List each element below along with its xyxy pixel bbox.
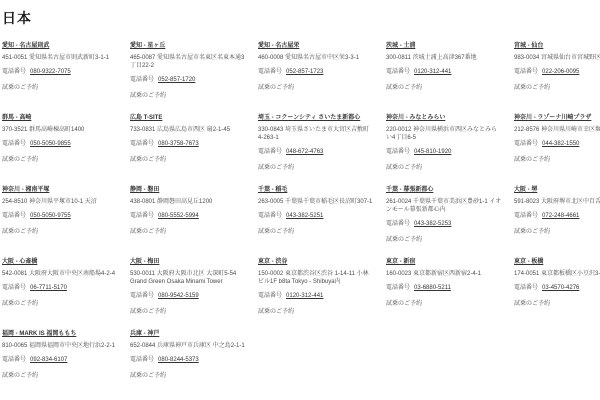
phone-label: 電話番号 [514, 69, 538, 75]
store-phone-row: 電話番号080-8244-5373 [130, 356, 246, 364]
phone-label: 電話番号 [386, 149, 410, 155]
store-name-link[interactable]: 神奈川 - みなとみらい [386, 114, 445, 122]
store-address: 330-0843 埼玉県さいたま市大宮区吉敷町4-263-1 [258, 126, 374, 142]
store-name-link[interactable]: 広島 T-SITE [130, 114, 162, 122]
store-card: 愛知 - 星ヶ丘 465-0087 愛知県名古屋市名東区名東本通3丁目22-2 … [130, 42, 246, 102]
phone-label: 電話番号 [258, 213, 282, 219]
store-address: 530-0011 大阪府大阪市北区 大深町5-54 Grand Green Os… [130, 270, 246, 286]
phone-label: 電話番号 [514, 213, 538, 219]
store-name-link[interactable]: 神奈川 - 湘南平塚 [2, 186, 49, 194]
store-phone-row: 電話番号043-382-5253 [386, 220, 502, 228]
store-phone-row: 電話番号0120-312-441 [386, 68, 502, 76]
store-name-link[interactable]: 神奈川 - ラゾーナ川崎プラザ [514, 114, 591, 122]
store-card: 東京 - 板橋 174-0051 東京都板橋区小豆沢3-1 電話番号03-457… [514, 258, 600, 318]
store-card: 愛知 - 名古屋則武 451-0051 愛知県名古屋市則武新町3-1-1 電話番… [2, 42, 118, 102]
store-card: 広島 T-SITE 733-0831 広島県広島市西区 扇2-1-45 電話番号… [130, 114, 246, 174]
store-name-link[interactable]: 大阪 - 心斎橋 [2, 258, 37, 266]
phone-link[interactable]: 080-3758-7673 [158, 141, 199, 147]
test-ride-reserve-link[interactable]: 試乗のご予約 [2, 373, 38, 379]
phone-label: 電話番号 [2, 141, 26, 147]
store-phone-row: 電話番号080-5552-5994 [130, 212, 246, 220]
store-name-link[interactable]: 愛知 - 名古屋則武 [2, 42, 49, 50]
test-ride-reserve-link[interactable]: 試乗のご予約 [386, 301, 422, 307]
test-ride-reserve-link[interactable]: 試乗のご予約 [130, 93, 166, 99]
phone-link[interactable]: 072-248-4661 [542, 213, 579, 219]
store-phone-row: 電話番号080-3758-7673 [130, 140, 246, 148]
test-ride-reserve-link[interactable]: 試乗のご予約 [2, 301, 38, 307]
test-ride-reserve-link[interactable]: 試乗のご予約 [130, 157, 166, 163]
phone-link[interactable]: 06-7711-5170 [30, 285, 67, 291]
store-card: 千葉 - 稲毛 263-0005 千葉県千葉市稲毛区長沼町307-1 電話番号0… [258, 186, 374, 246]
store-name-link[interactable]: 千葉 - 稲毛 [258, 186, 287, 194]
store-address: 542-0081 大阪府大阪市中央区南船場4-2-4 [2, 270, 118, 278]
store-card: 東京 - 新宿 160-0023 東京都新宿区西新宿2-4-1 電話番号03-6… [386, 258, 502, 318]
store-address: 591-8023 大阪府堺市北区中百舌鳥町323-1 [514, 198, 600, 206]
store-card: 群馬 - 高崎 370-3521 群馬高崎棟高町1400 電話番号050-505… [2, 114, 118, 174]
test-ride-reserve-link[interactable]: 試乗のご予約 [258, 85, 294, 91]
phone-label: 電話番号 [130, 77, 154, 83]
test-ride-reserve-link[interactable]: 試乗のご予約 [514, 85, 550, 91]
test-ride-reserve-link[interactable]: 試乗のご予約 [130, 373, 166, 379]
store-address: 160-0023 東京都新宿区西新宿2-4-1 [386, 270, 502, 278]
test-ride-reserve-link[interactable]: 試乗のご予約 [514, 229, 550, 235]
store-address: 212-8576 神奈川県川崎市幸区堀川町72-1 [514, 126, 600, 134]
store-name-link[interactable]: 宮城 - 仙台 [514, 42, 543, 50]
phone-label: 電話番号 [514, 285, 538, 291]
test-ride-reserve-link[interactable]: 試乗のご予約 [130, 229, 166, 235]
store-name-link[interactable]: 兵庫 - 神戸 [130, 330, 159, 338]
phone-label: 電話番号 [386, 285, 410, 291]
phone-label: 電話番号 [258, 293, 282, 299]
phone-label: 電話番号 [514, 141, 538, 147]
store-name-link[interactable]: 茨城 - 土浦 [386, 42, 415, 50]
phone-link[interactable]: 045-810-1920 [414, 149, 451, 155]
phone-link[interactable]: 0120-312-441 [286, 293, 323, 299]
store-address: 220-0012 神奈川県横浜市西区みなとみらい4丁目6-5 [386, 126, 502, 142]
store-phone-row: 電話番号022-206-0095 [514, 68, 600, 76]
test-ride-reserve-link[interactable]: 試乗のご予約 [386, 237, 422, 243]
phone-link[interactable]: 048-672-4763 [286, 149, 323, 155]
test-ride-reserve-link[interactable]: 試乗のご予約 [2, 229, 38, 235]
store-address: 465-0087 愛知県名古屋市名東区名東本通3丁目22-2 [130, 54, 246, 70]
store-name-link[interactable]: 愛知 - 星ヶ丘 [130, 42, 165, 50]
phone-link[interactable]: 080-9322-7075 [30, 69, 71, 75]
store-address: 174-0051 東京都板橋区小豆沢3-1 [514, 270, 600, 278]
store-card: 大阪 - 堺 591-8023 大阪府堺市北区中百舌鳥町323-1 電話番号07… [514, 186, 600, 246]
store-address: 460-0008 愛知県名古屋市中区栄3-3-1 [258, 54, 374, 62]
store-address: 370-3521 群馬高崎棟高町1400 [2, 126, 118, 134]
test-ride-reserve-link[interactable]: 試乗のご予約 [386, 85, 422, 91]
test-ride-reserve-link[interactable]: 試乗のご予約 [514, 157, 550, 163]
store-phone-row: 電話番号080-9322-7075 [2, 68, 118, 76]
store-card: 千葉 - 幕張新都心 261-0024 千葉県千葉市美浜区豊砂1-1 イオンモー… [386, 186, 502, 246]
store-phone-row: 電話番号052-857-1723 [258, 68, 374, 76]
phone-label: 電話番号 [130, 293, 154, 299]
test-ride-reserve-link[interactable]: 試乗のご予約 [258, 309, 294, 315]
store-phone-row: 電話番号050-5050-9755 [2, 212, 118, 220]
store-name-link[interactable]: 東京 - 板橋 [514, 258, 543, 266]
phone-label: 電話番号 [2, 285, 26, 291]
phone-link[interactable]: 080-5552-5994 [158, 213, 199, 219]
store-name-link[interactable]: 群馬 - 高崎 [2, 114, 31, 122]
store-card: 東京 - 渋谷 150-0002 東京都渋谷区渋谷 1-14-11 小林ビル1F… [258, 258, 374, 318]
store-card: 兵庫 - 神戸 652-0844 兵庫県神戸市兵庫区 中之島2-1-1 電話番号… [130, 330, 246, 390]
store-address: 652-0844 兵庫県神戸市兵庫区 中之島2-1-1 [130, 342, 246, 350]
store-name-link[interactable]: 愛知 - 名古屋栄 [258, 42, 299, 50]
store-card: 宮城 - 仙台 983-0034 宮城県仙台市宮城野区扇町 電話番号022-20… [514, 42, 600, 102]
store-name-link[interactable]: 福岡 - MARK IS 福岡ももち [2, 330, 76, 338]
store-phone-row: 電話番号052-857-1720 [130, 76, 246, 84]
store-address: 300-0811 茨城土浦上高津367番地 [386, 54, 502, 62]
store-name-link[interactable]: 東京 - 渋谷 [258, 258, 287, 266]
phone-label: 電話番号 [386, 221, 410, 227]
store-address: 150-0002 東京都渋谷区渋谷 1-14-11 小林ビル1F b8ta To… [258, 270, 374, 286]
store-address: 263-0005 千葉県千葉市稲毛区長沼町307-1 [258, 198, 374, 206]
phone-link[interactable]: 080-8244-5373 [158, 357, 199, 363]
store-address: 261-0024 千葉県千葉市美浜区豊砂1-1 イオンモール幕張新都心内 [386, 198, 502, 214]
store-card: 埼玉 - コクーンシティ さいたま新都心 330-0843 埼玉県さいたま市大宮… [258, 114, 374, 174]
test-ride-reserve-link[interactable]: 試乗のご予約 [514, 301, 550, 307]
store-name-link[interactable]: 千葉 - 幕張新都心 [386, 186, 433, 194]
phone-link[interactable]: 050-5050-9855 [30, 141, 71, 147]
test-ride-reserve-link[interactable]: 試乗のご予約 [258, 165, 294, 171]
store-address: 254-8510 神奈川県平塚市10-1 天沼 [2, 198, 118, 206]
store-address: 733-0831 広島県広島市西区 扇2-1-45 [130, 126, 246, 134]
phone-label: 電話番号 [2, 357, 26, 363]
phone-link[interactable]: 052-857-1720 [158, 77, 195, 83]
store-name-link[interactable]: 東京 - 新宿 [386, 258, 415, 266]
store-address: 810-0065 福岡県福岡市中央区地行浜2-2-1 [2, 342, 118, 350]
store-card: 大阪 - 梅田 530-0011 大阪府大阪市北区 大深町5-54 Grand … [130, 258, 246, 318]
store-phone-row: 電話番号050-5050-9855 [2, 140, 118, 148]
phone-label: 電話番号 [130, 357, 154, 363]
phone-label: 電話番号 [258, 149, 282, 155]
store-name-link[interactable]: 埼玉 - コクーンシティ さいたま新都心 [258, 114, 360, 122]
store-phone-row: 電話番号048-672-4763 [258, 148, 374, 156]
store-name-link[interactable]: 大阪 - 梅田 [130, 258, 159, 266]
store-phone-row: 電話番号03-6880-5211 [386, 284, 502, 292]
store-address: 983-0034 宮城県仙台市宮城野区扇町 [514, 54, 600, 62]
test-ride-reserve-link[interactable]: 試乗のご予約 [258, 229, 294, 235]
phone-label: 電話番号 [2, 213, 26, 219]
store-grid: 愛知 - 名古屋則武 451-0051 愛知県名古屋市則武新町3-1-1 電話番… [2, 42, 600, 390]
test-ride-reserve-link[interactable]: 試乗のご予約 [130, 309, 166, 315]
phone-link[interactable]: 03-6880-5211 [414, 285, 451, 291]
test-ride-reserve-link[interactable]: 試乗のご予約 [2, 85, 38, 91]
store-locator-page: 日本 愛知 - 名古屋則武 451-0051 愛知県名古屋市則武新町3-1-1 … [0, 0, 600, 390]
store-name-link[interactable]: 静岡 - 磐田 [130, 186, 159, 194]
phone-label: 電話番号 [2, 69, 26, 75]
store-phone-row: 電話番号0120-312-441 [258, 292, 374, 300]
store-phone-row: 電話番号092-834-6107 [2, 356, 118, 364]
store-phone-row: 電話番号072-248-4661 [514, 212, 600, 220]
store-address: 451-0051 愛知県名古屋市則武新町3-1-1 [2, 54, 118, 62]
store-phone-row: 電話番号080-9542-5159 [130, 292, 246, 300]
phone-label: 電話番号 [258, 69, 282, 75]
phone-label: 電話番号 [386, 69, 410, 75]
store-phone-row: 電話番号06-7711-5170 [2, 284, 118, 292]
store-card: 福岡 - MARK IS 福岡ももち 810-0065 福岡県福岡市中央区地行浜… [2, 330, 118, 390]
phone-link[interactable]: 0120-312-441 [414, 69, 451, 75]
phone-label: 電話番号 [130, 213, 154, 219]
store-card: 静岡 - 磐田 438-0801 静岡磐田高見丘1200 電話番号080-555… [130, 186, 246, 246]
store-card: 神奈川 - 湘南平塚 254-8510 神奈川県平塚市10-1 天沼 電話番号0… [2, 186, 118, 246]
phone-link[interactable]: 03-4570-4276 [542, 285, 579, 291]
phone-link[interactable]: 022-206-0095 [542, 69, 579, 75]
store-card: 茨城 - 土浦 300-0811 茨城土浦上高津367番地 電話番号0120-3… [386, 42, 502, 102]
phone-link[interactable]: 043-382-5253 [414, 221, 451, 227]
store-card: 大阪 - 心斎橋 542-0081 大阪府大阪市中央区南船場4-2-4 電話番号… [2, 258, 118, 318]
store-name-link[interactable]: 大阪 - 堺 [514, 186, 537, 194]
phone-label: 電話番号 [130, 141, 154, 147]
store-phone-row: 電話番号044-382-1550 [514, 140, 600, 148]
phone-link[interactable]: 080-9542-5159 [158, 293, 199, 299]
page-title: 日本 [2, 8, 600, 28]
store-phone-row: 電話番号045-810-1920 [386, 148, 502, 156]
test-ride-reserve-link[interactable]: 試乗のご予約 [386, 165, 422, 171]
store-card: 愛知 - 名古屋栄 460-0008 愛知県名古屋市中区栄3-3-1 電話番号0… [258, 42, 374, 102]
store-card: 神奈川 - ラゾーナ川崎プラザ 212-8576 神奈川県川崎市幸区堀川町72-… [514, 114, 600, 174]
store-phone-row: 電話番号03-4570-4276 [514, 284, 600, 292]
store-phone-row: 電話番号043-382-5251 [258, 212, 374, 220]
phone-link[interactable]: 092-834-6107 [30, 357, 67, 363]
phone-link[interactable]: 050-5050-9755 [30, 213, 71, 219]
test-ride-reserve-link[interactable]: 試乗のご予約 [2, 157, 38, 163]
phone-link[interactable]: 043-382-5251 [286, 213, 323, 219]
phone-link[interactable]: 052-857-1723 [286, 69, 323, 75]
store-card: 神奈川 - みなとみらい 220-0012 神奈川県横浜市西区みなとみらい4丁目… [386, 114, 502, 174]
store-address: 438-0801 静岡磐田高見丘1200 [130, 198, 246, 206]
phone-link[interactable]: 044-382-1550 [542, 141, 579, 147]
